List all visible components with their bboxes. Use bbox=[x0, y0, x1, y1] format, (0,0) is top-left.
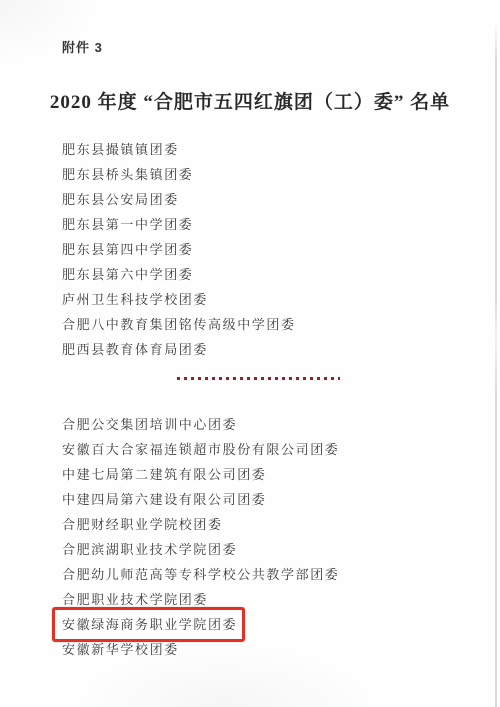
committee-list-group-2: 合肥公交集团培训中心团委 安徽百大合家福连锁超市股份有限公司团委 中建七局第二建… bbox=[62, 412, 339, 662]
list-item: 安徽新华学校团委 bbox=[62, 637, 339, 662]
list-item: 合肥八中教育集团铭传高级中学团委 bbox=[62, 312, 296, 337]
list-item: 肥东县第四中学团委 bbox=[62, 237, 296, 262]
list-item: 合肥职业技术学院团委 bbox=[62, 587, 339, 612]
list-item: 合肥滨湖职业技术学院团委 bbox=[62, 537, 339, 562]
page-edge-line bbox=[495, 22, 497, 707]
list-item: 肥东县第六中学团委 bbox=[62, 262, 296, 287]
dotted-separator bbox=[177, 377, 340, 380]
list-item: 合肥公交集团培训中心团委 bbox=[62, 412, 339, 437]
list-item: 安徽百大合家福连锁超市股份有限公司团委 bbox=[62, 437, 339, 462]
list-item: 肥东县公安局团委 bbox=[62, 187, 296, 212]
list-item: 合肥幼儿师范高等专科学校公共教学部团委 bbox=[62, 562, 339, 587]
committee-list-group-1: 肥东县撮镇镇团委 肥东县桥头集镇团委 肥东县公安局团委 肥东县第一中学团委 肥东… bbox=[62, 137, 296, 362]
list-item: 肥东县第一中学团委 bbox=[62, 212, 296, 237]
list-item: 肥东县桥头集镇团委 bbox=[62, 162, 296, 187]
list-item: 肥东县撮镇镇团委 bbox=[62, 137, 296, 162]
list-item: 合肥财经职业学院校团委 bbox=[62, 512, 339, 537]
list-item: 肥西县教育体育局团委 bbox=[62, 337, 296, 362]
list-item: 中建七局第二建筑有限公司团委 bbox=[62, 462, 339, 487]
list-item-highlighted: 安徽绿海商务职业学院团委 bbox=[62, 612, 339, 637]
attachment-label: 附件 3 bbox=[62, 37, 103, 56]
list-item: 庐州卫生科技学校团委 bbox=[62, 287, 296, 312]
list-item-label: 安徽绿海商务职业学院团委 bbox=[62, 617, 237, 632]
list-item: 中建四局第六建设有限公司团委 bbox=[62, 487, 339, 512]
page-title: 2020 年度 “合肥市五四红旗团（工）委” 名单 bbox=[0, 87, 500, 114]
